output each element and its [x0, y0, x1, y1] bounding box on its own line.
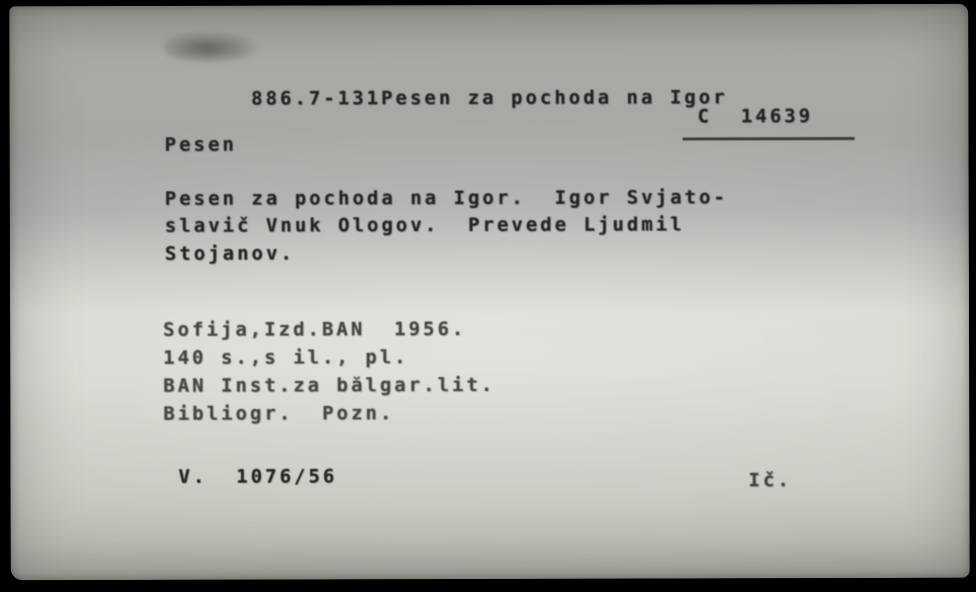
imprint-line-2: 140 s.,s il., pl.: [163, 346, 409, 369]
accession-underline: [683, 137, 855, 140]
accession-number: C 14639: [698, 105, 814, 127]
imprint-line-3: BAN Inst.za bălgar.lit.: [163, 374, 495, 397]
scanned-photo-frame: 886.7-131Pesen za pochoda na Igor C 1463…: [0, 0, 976, 592]
title-statement-line-2: slavič Vnuk Ologov. Prevede Ljudmil: [165, 213, 685, 236]
inventory-number: V. 1076/56: [178, 465, 337, 487]
imprint-line-4: Bibliogr. Pozn.: [163, 402, 394, 425]
ink-smudge-stamp: [164, 32, 259, 62]
imprint-line-1: Sofija,Izd.BAN 1956.: [163, 318, 466, 341]
title-statement-line-1: Pesen za pochoda na Igor. Igor Svjato-: [165, 186, 728, 209]
catalog-card: 886.7-131Pesen za pochoda na Igor C 1463…: [9, 4, 969, 581]
call-number: 886.7-131: [251, 87, 381, 109]
heading-entry: Pesen: [165, 134, 237, 156]
call-number-line: 886.7-131Pesen za pochoda na Igor: [164, 64, 727, 131]
title-tracing: Pesen za pochoda na Igor: [381, 86, 728, 109]
title-statement-line-3: Stojanov.: [165, 243, 295, 265]
cataloger-initials: Ič.: [748, 469, 791, 491]
